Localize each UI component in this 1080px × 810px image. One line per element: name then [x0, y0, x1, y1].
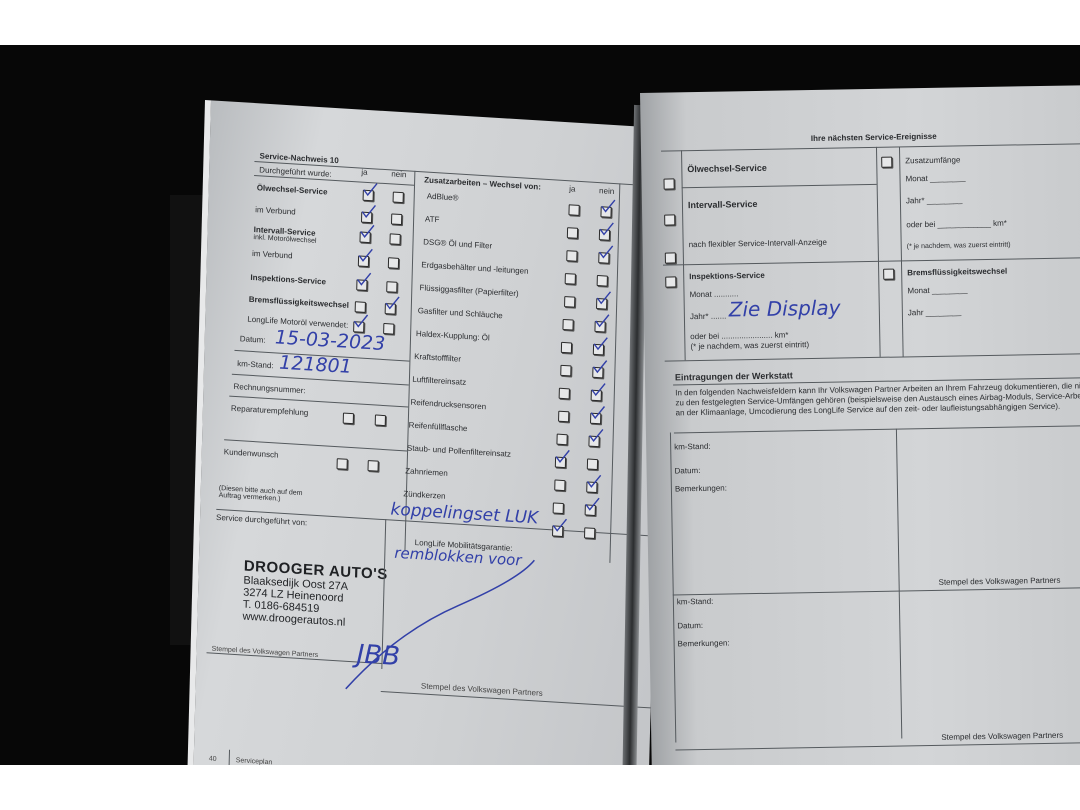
service-no-checkbox[interactable] [391, 213, 402, 225]
entry-km-label: km-Stand: [674, 442, 711, 452]
flexible-label: nach flexibler Service-Intervall-Anzeige [689, 238, 827, 249]
page-number: 40 [209, 755, 217, 762]
checkmark-icon [362, 182, 378, 199]
checkmark-icon [597, 244, 613, 261]
extra-yes-checkbox[interactable] [565, 273, 576, 285]
extra-yes-checkbox[interactable] [556, 434, 567, 446]
extra-label: Staub- und Pollenfiltereinsatz [407, 443, 511, 458]
services-list [211, 100, 666, 128]
booklet-photo: Service-Nachweis 10 Durchgeführt wurde: … [0, 45, 1080, 765]
col-no-extras: nein [599, 186, 614, 196]
extra-label: Reifenfüllflasche [409, 421, 468, 434]
checkmark-icon [598, 221, 614, 238]
service-no-checkbox[interactable] [383, 323, 394, 335]
service-label: Bremsflüssigkeitswechsel [249, 295, 349, 310]
divider [673, 587, 1080, 596]
service-no-checkbox[interactable] [389, 233, 400, 245]
entry-date-label: Datum: [675, 466, 701, 475]
note-text: (Diesen bitte auch auf dem Auftrag verme… [219, 485, 319, 505]
entry-remarks-label: Bemerkungen: [675, 484, 727, 494]
extra-label: Flüssiggasfilter (Papierfilter) [419, 283, 518, 298]
repair-label: Reparaturempfehlung [231, 404, 309, 418]
checkmark-icon [592, 336, 608, 353]
checkmark-icon [590, 382, 606, 399]
checkmark-icon [355, 271, 371, 288]
km-label: km-Stand: [237, 359, 274, 370]
extra-label: Kraftstofffilter [414, 352, 461, 364]
divider [682, 184, 877, 188]
service-label: im Verbund [252, 249, 293, 260]
inspection-note: (* je nachdem, was zuerst eintritt) [690, 340, 809, 351]
checkmark-icon [600, 198, 616, 215]
extra-label: DSG® Öl und Filter [423, 237, 492, 250]
date-value: 15-03-2023 [275, 326, 386, 355]
inspection-checkbox[interactable] [665, 276, 676, 287]
divider [665, 353, 1080, 362]
additional-label: Zusatzumfänge [905, 155, 960, 165]
divider [681, 150, 686, 360]
entry-remarks-label: Bemerkungen: [678, 639, 730, 649]
inspection-year: Jahr* ....... [690, 312, 727, 322]
inspection-label: Inspektions-Service [689, 271, 765, 281]
customer-label: Kundenwunsch [224, 447, 279, 459]
interval-service-checkbox[interactable] [664, 214, 675, 225]
inspection-km: oder bei ....................... km* [690, 330, 788, 341]
checkmark-icon [360, 204, 376, 221]
divider [674, 425, 1080, 434]
extra-no-checkbox[interactable] [587, 458, 598, 470]
brake-fluid-checkbox[interactable] [883, 269, 894, 280]
entry-km-label: km-Stand: [677, 597, 714, 607]
checkmark-icon [587, 428, 603, 445]
checkmark-icon [352, 313, 368, 330]
workshop-entries [640, 85, 1080, 93]
extra-no-checkbox[interactable] [584, 527, 595, 539]
service-label: im Verbund [255, 205, 296, 216]
checkmark-icon [591, 359, 607, 376]
service-no-checkbox[interactable] [388, 257, 399, 269]
checkmark-icon [551, 517, 567, 534]
brake-fluid-month: Monat ________ [907, 285, 967, 295]
customer-yes-checkbox[interactable] [337, 458, 348, 470]
checkmark-icon [585, 473, 601, 490]
additional-year: Jahr* ________ [906, 195, 963, 205]
next-services-title: Ihre nächsten Service-Ereignisse [811, 132, 937, 143]
repair-no-checkbox[interactable] [375, 414, 386, 426]
extra-yes-checkbox[interactable] [567, 227, 578, 239]
oil-service-label: Ölwechsel-Service [687, 163, 767, 174]
checkmark-icon [593, 313, 609, 330]
extra-yes-checkbox[interactable] [564, 296, 575, 308]
extra-yes-checkbox[interactable] [561, 342, 572, 354]
extra-label: Reifendrucksensoren [410, 398, 486, 412]
extra-label: Zahnriemen [405, 466, 448, 478]
divider [896, 429, 902, 739]
entry-stamp-label: Stempel des Volkswagen Partners [939, 576, 1061, 587]
divider [899, 146, 904, 356]
performed-by-label: Service durchgeführt von: [216, 513, 307, 528]
checkmark-icon [554, 448, 570, 465]
stamp-label-1: Stempel des Volkswagen Partners [212, 646, 319, 660]
left-page: Service-Nachweis 10 Durchgeführt wurde: … [187, 100, 666, 765]
invoice-label: Rechnungsnummer: [233, 382, 305, 395]
extra-label: Zündkerzen [403, 489, 445, 501]
entry-date-label: Datum: [677, 621, 703, 630]
service-label: Inspektions-Service [250, 273, 326, 287]
right-page: Ihre nächsten Service-Ereignisse Ölwechs… [640, 85, 1080, 765]
section-label: Serviceplan [236, 757, 273, 765]
divider [609, 183, 620, 563]
workshop-text: In den folgenden Nachweisfeldern kann Ih… [675, 381, 1080, 418]
service-yes-checkbox[interactable] [355, 301, 366, 313]
signature-stroke [336, 538, 540, 710]
extra-no-checkbox[interactable] [597, 275, 608, 287]
divider [663, 257, 1080, 266]
extra-yes-checkbox[interactable] [568, 204, 579, 216]
divider [675, 742, 1080, 751]
additional-checkbox[interactable] [881, 157, 892, 168]
additional-month: Monat ________ [905, 173, 965, 183]
repair-yes-checkbox[interactable] [343, 413, 354, 425]
checkmark-icon [595, 290, 611, 307]
extra-yes-checkbox[interactable] [566, 250, 577, 262]
extra-label: Haldex-Kupplung: Öl [416, 329, 490, 342]
extra-label: ATF [425, 214, 440, 224]
brake-fluid-year: Jahr ________ [908, 307, 962, 317]
km-value: 121801 [279, 352, 352, 378]
extra-yes-checkbox[interactable] [562, 319, 573, 331]
extra-label: AdBlue® [427, 192, 459, 203]
extras-list [211, 100, 666, 128]
extra-yes-checkbox[interactable] [559, 388, 570, 400]
service-no-checkbox[interactable] [386, 281, 397, 293]
extra-label: Gasfilter und Schläuche [418, 306, 503, 320]
col-yes-extras: ja [569, 184, 575, 193]
extra-label: Erdgasbehälter und -leitungen [421, 260, 528, 276]
additional-km: oder bei ____________ km* [906, 219, 1007, 230]
inspection-year-handwritten: Zie Display [729, 296, 841, 322]
col-yes: ja [361, 168, 367, 177]
customer-no-checkbox[interactable] [367, 460, 378, 472]
workshop-title: Eintragungen der Werkstatt [675, 370, 793, 382]
interval-service-label: Intervall-Service [688, 199, 758, 210]
brake-fluid-label: Bremsflüssigkeitswechsel [907, 267, 1007, 278]
checkmark-icon [589, 405, 605, 422]
extra-yes-checkbox[interactable] [560, 365, 571, 377]
divider [661, 143, 1080, 152]
service-label: Ölwechsel-Service [257, 183, 328, 196]
extra-yes-checkbox[interactable] [553, 502, 564, 514]
extra-yes-checkbox[interactable] [554, 479, 565, 491]
checkmark-icon [359, 223, 375, 240]
checkmark-icon [584, 496, 600, 513]
service-no-checkbox[interactable] [393, 192, 404, 204]
divider [670, 433, 676, 743]
extra-yes-checkbox[interactable] [558, 411, 569, 423]
divider [876, 147, 881, 357]
entry-stamp-label: Stempel des Volkswagen Partners [941, 731, 1063, 742]
checkmark-icon [384, 295, 400, 312]
additional-note: (* je nachdem, was zuerst eintritt) [907, 242, 1011, 251]
divider [228, 750, 230, 765]
date-label: Datum: [240, 334, 266, 345]
flexible-checkbox[interactable] [665, 252, 676, 263]
oil-service-checkbox[interactable] [663, 178, 674, 189]
checkmark-icon [357, 247, 373, 264]
extra-label: Luftfiltereinsatz [412, 375, 466, 387]
